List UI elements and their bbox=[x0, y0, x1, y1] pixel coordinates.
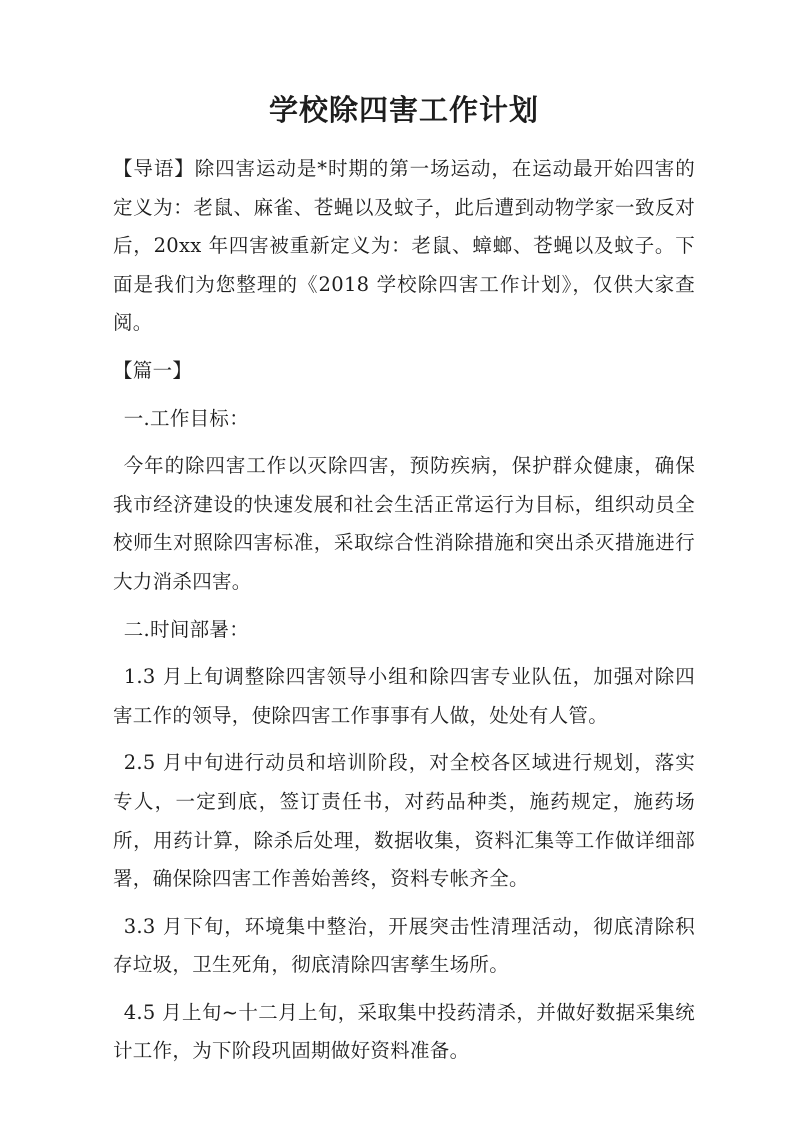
paragraph-intro: 【导语】除四害运动是*时期的第一场运动，在运动最开始四害的定义为：老鼠、麻雀、苍… bbox=[113, 150, 695, 343]
document-page: 学校除四害工作计划 【导语】除四害运动是*时期的第一场运动，在运动最开始四害的定… bbox=[0, 0, 793, 1122]
paragraph-item-2: 2.5 月中旬进行动员和培训阶段，对全校各区域进行规划，落实专人，一定到底，签订… bbox=[113, 744, 695, 898]
paragraph-work-goals-body: 今年的除四害工作以灭除四害，预防疾病，保护群众健康，确保我市经济建设的快速发展和… bbox=[113, 447, 695, 601]
paragraph-item-4: 4.5 月上旬~十二月上旬，采取集中投药清杀，并做好数据采集统计工作，为下阶段巩… bbox=[113, 994, 695, 1071]
sub-heading-time-deployment: 二.时间部暑： bbox=[113, 611, 695, 650]
sub-heading-work-goals: 一.工作目标： bbox=[113, 400, 695, 439]
paragraph-item-3: 3.3 月下旬，环境集中整治，开展突击性清理活动，彻底清除积存垃圾，卫生死角，彻… bbox=[113, 908, 695, 985]
section-heading: 【篇一】 bbox=[113, 352, 695, 391]
paragraph-item-1: 1.3 月上旬调整除四害领导小组和除四害专业队伍，加强对除四害工作的领导，使除四… bbox=[113, 658, 695, 735]
page-title: 学校除四害工作计划 bbox=[113, 86, 695, 134]
